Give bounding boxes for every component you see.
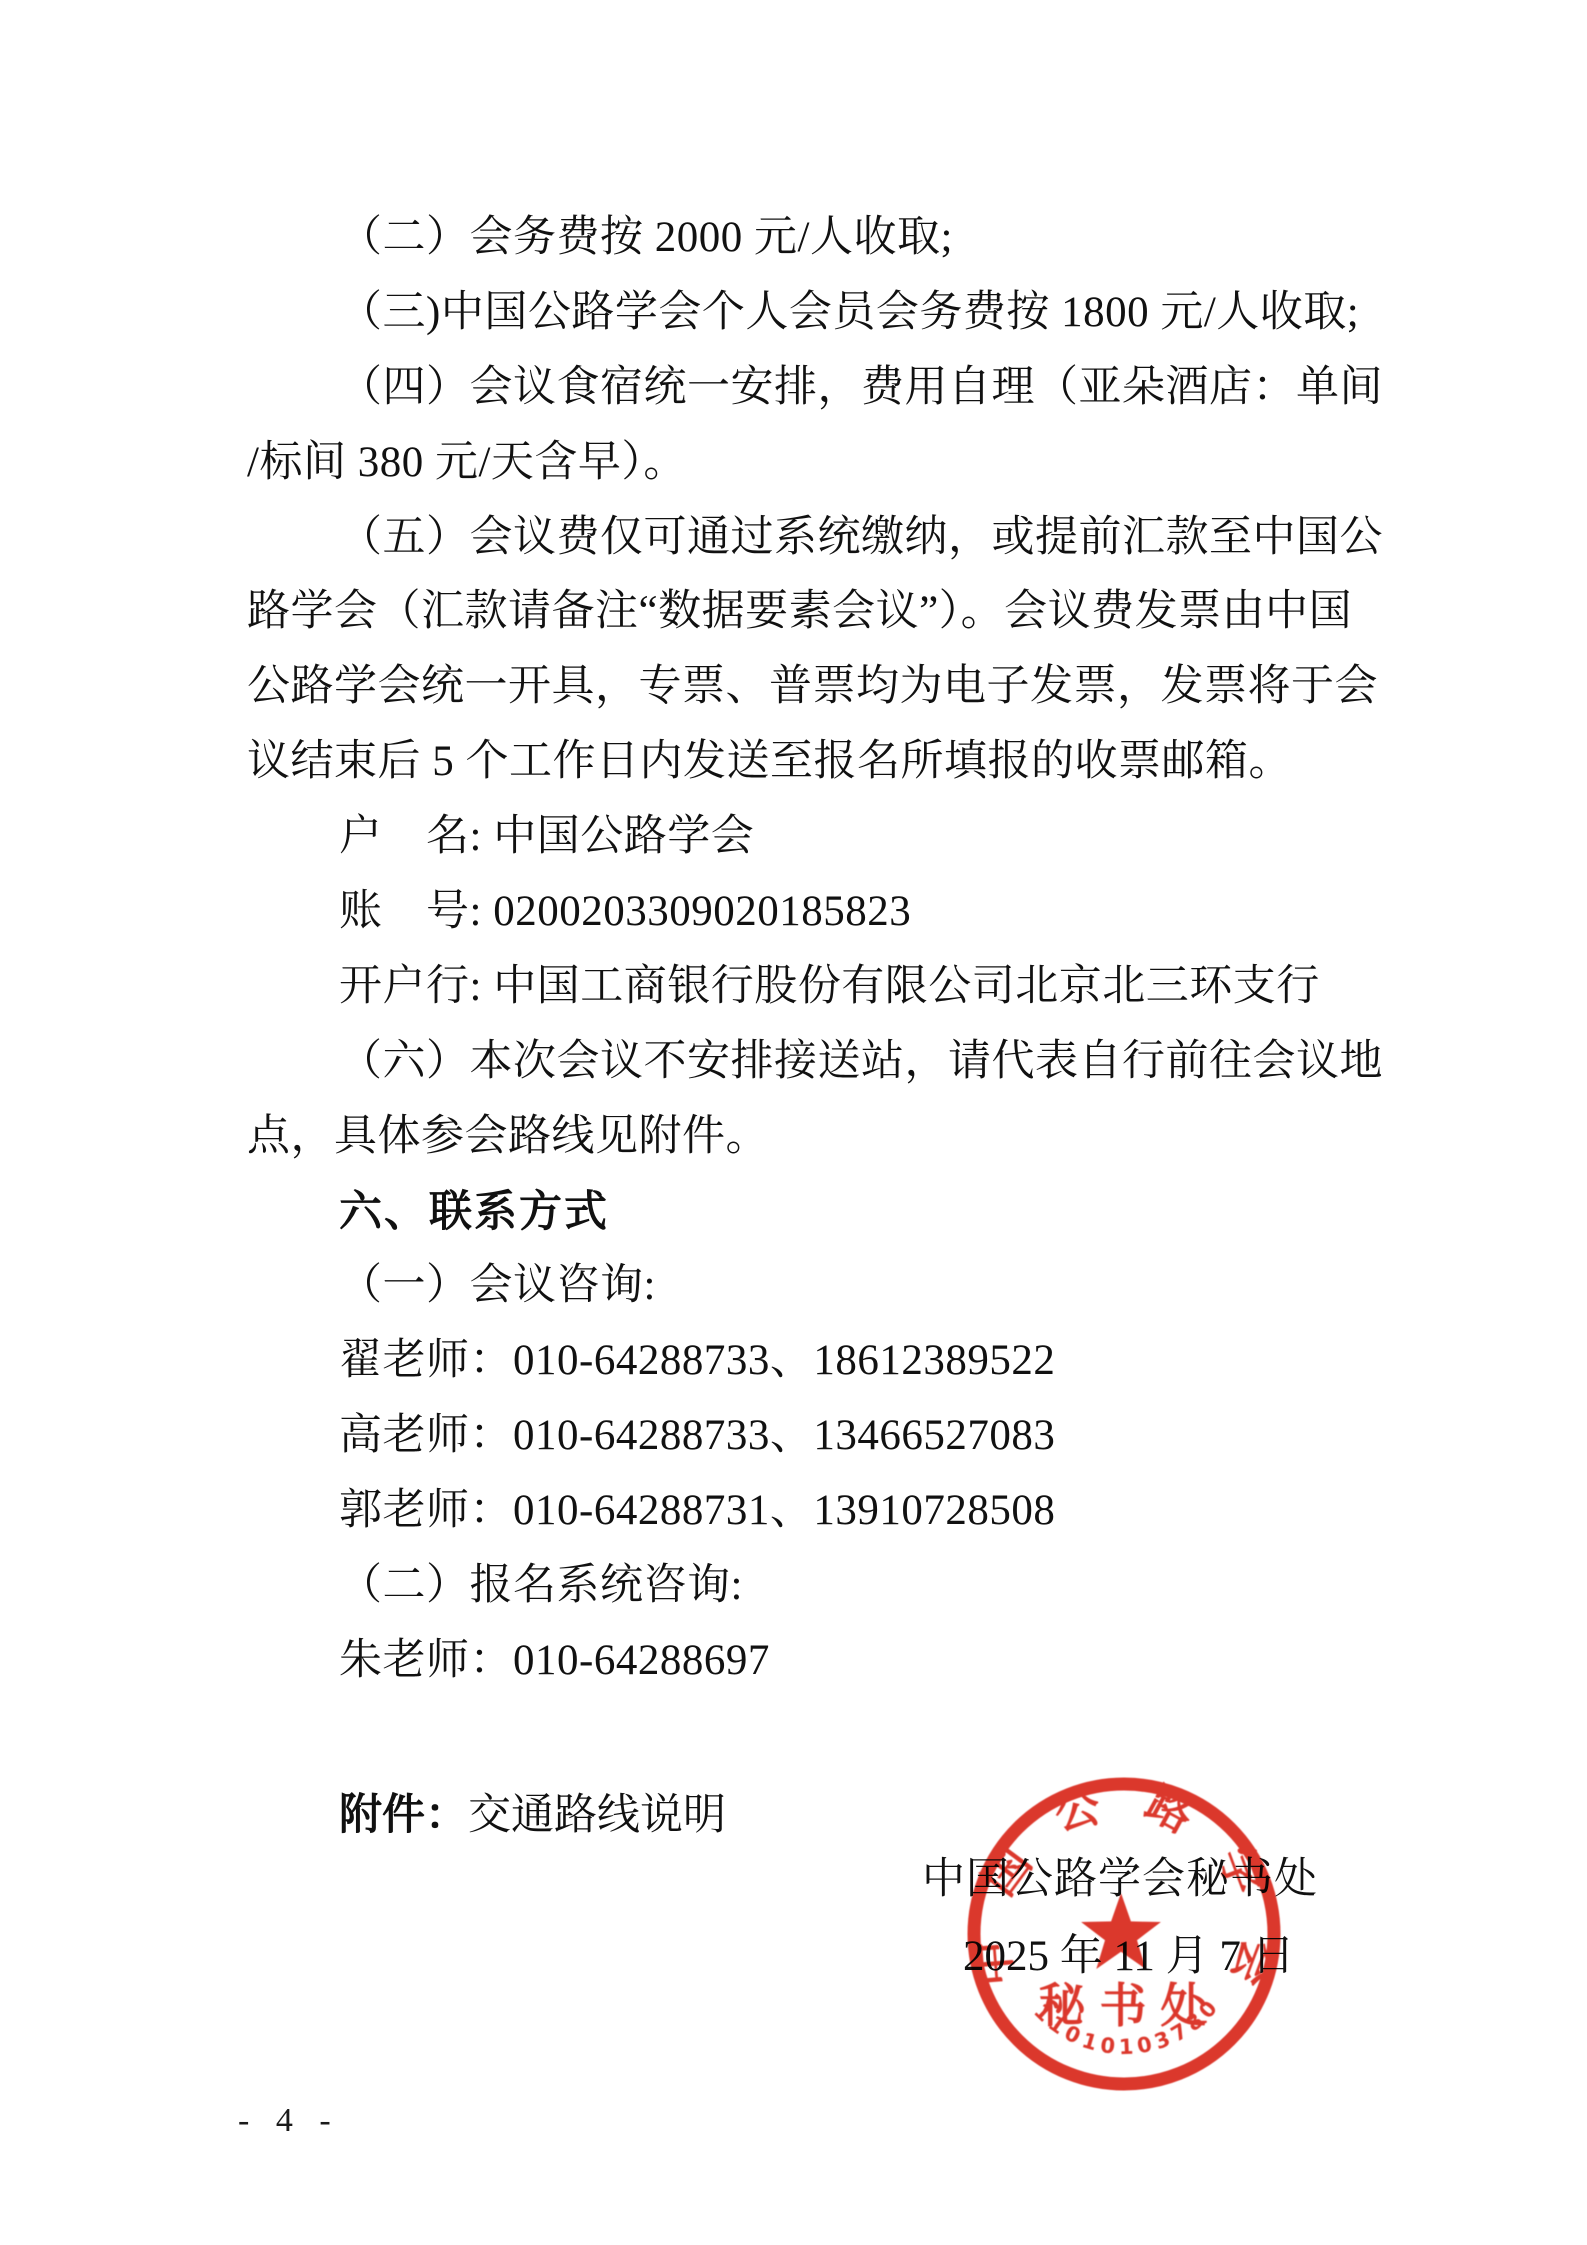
text-line: （五）会议费仅可通过系统缴纳，或提前汇款至中国公: [247, 501, 1352, 576]
attachment-line: 附件：交通路线说明: [339, 1789, 726, 1842]
document-page: （二）会务费按 2000 元/人收取;（三)中国公路学会个人会员会务费按 180…: [0, 0, 1587, 2245]
text-line: 账 号: 0200203309020185823: [247, 875, 1352, 950]
text-line: 点，具体参会路线见附件。: [247, 1100, 1352, 1175]
text-line: （四）会议食宿统一安排，费用自理（亚朵酒店：单间: [247, 351, 1352, 426]
text-line: 开户行: 中国工商银行股份有限公司北京北三环支行: [247, 950, 1352, 1025]
text-line: /标间 380 元/天含早）。: [247, 426, 1352, 501]
section-heading: 六、联系方式: [247, 1175, 1352, 1250]
text-line: 翟老师：010-64288733、18612389522: [247, 1324, 1352, 1399]
attachment-title: 交通路线说明: [468, 1792, 726, 1839]
text-line: 路学会（汇款请备注“数据要素会议”）。会议费发票由中国: [247, 575, 1352, 650]
text-line: 议结束后 5 个工作日内发送至报名所填报的收票邮箱。: [247, 725, 1352, 800]
attachment-label: 附件：: [339, 1791, 468, 1839]
text-line: （六）本次会议不安排接送站，请代表自行前往会议地: [247, 1025, 1352, 1100]
text-line: 郭老师：010-64288731、13910728508: [247, 1474, 1352, 1549]
text-line: 朱老师：010-64288697: [247, 1624, 1352, 1699]
official-seal-stamp: 中国公路学会 秘书处 1101010378067: [950, 1760, 1300, 2110]
text-line: 户 名: 中国公路学会: [247, 800, 1352, 875]
body-text: （二）会务费按 2000 元/人收取;（三)中国公路学会个人会员会务费按 180…: [247, 201, 1352, 1699]
text-line: 公路学会统一开具，专票、普票均为电子发票，发票将于会: [247, 650, 1352, 725]
text-line: （二）会务费按 2000 元/人收取;: [247, 201, 1352, 276]
text-line: （三)中国公路学会个人会员会务费按 1800 元/人收取;: [247, 276, 1352, 351]
star-icon: [1081, 1893, 1161, 1969]
text-line: （一）会议咨询:: [247, 1249, 1352, 1324]
text-line: （二）报名系统咨询:: [247, 1549, 1352, 1624]
page-number: - 4 -: [238, 2102, 340, 2140]
text-line: 高老师：010-64288733、13466527083: [247, 1399, 1352, 1474]
